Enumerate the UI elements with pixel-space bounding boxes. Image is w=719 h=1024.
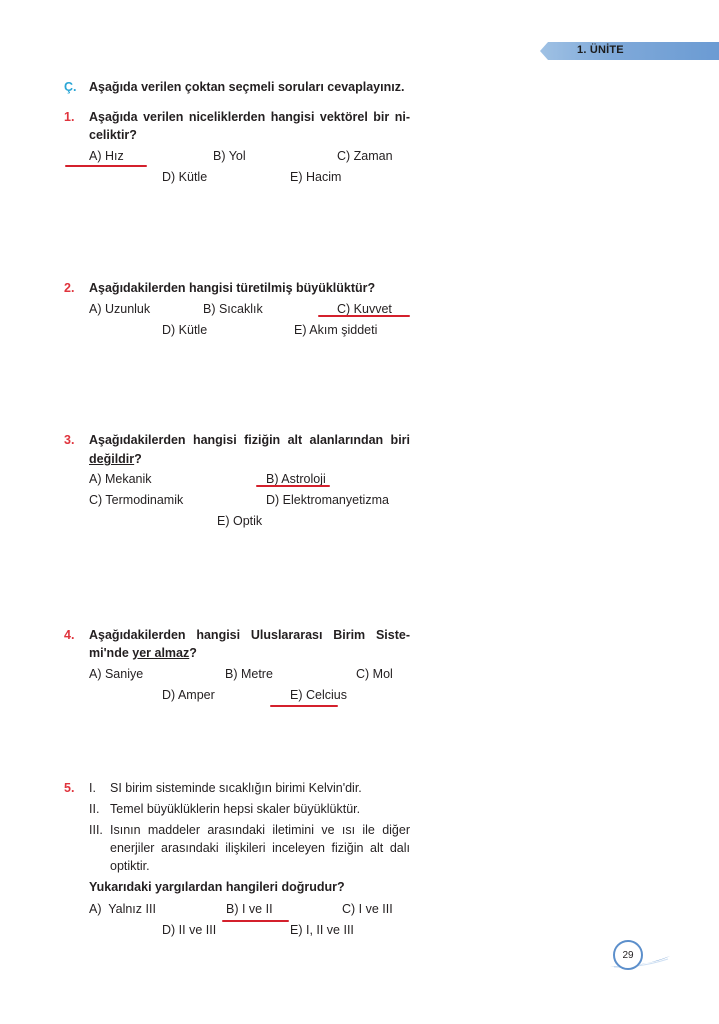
text-prefix: mi'nde (89, 646, 132, 660)
question-number: 3. (64, 433, 74, 447)
statement-roman: III. (89, 823, 103, 837)
option-d[interactable]: D) Amper (162, 688, 215, 702)
option-b[interactable]: B) Sıcaklık (203, 302, 263, 316)
option-e[interactable]: E) Akım şiddeti (294, 323, 377, 337)
option-b[interactable]: B) I ve II (226, 902, 273, 916)
emphasis-underlined: yer almaz (132, 646, 189, 660)
option-c[interactable]: C) Mol (356, 667, 393, 681)
option-a[interactable]: A) Uzunluk (89, 302, 150, 316)
question-text: Aşağıda verilen niceliklerden hangisi ve… (89, 110, 410, 124)
answer-mark (318, 315, 410, 317)
statement-roman: II. (89, 802, 99, 816)
option-d[interactable]: D) Kütle (162, 323, 207, 337)
unit-tab (540, 42, 719, 60)
question-text-cont: mi'nde yer almaz? (89, 646, 197, 660)
statement-text: Isının maddeler arasındaki iletimini ve … (110, 823, 410, 837)
option-e[interactable]: E) I, II ve III (290, 923, 354, 937)
emphasis-underlined: değildir (89, 452, 134, 466)
question-number: 5. (64, 781, 74, 795)
answer-mark (256, 485, 330, 487)
statement-text: SI birim sisteminde sıcaklığın birimi Ke… (110, 781, 362, 795)
question-text: Aşağıdakilerden hangisi fiziğin alt alan… (89, 433, 410, 447)
question-text: Yukarıdaki yargılardan hangileri doğrudu… (89, 880, 345, 894)
section-instruction: Aşağıda verilen çoktan seçmeli soruları … (89, 80, 404, 94)
question-number: 1. (64, 110, 74, 124)
page-number: 29 (613, 940, 643, 970)
question-mark: ? (134, 452, 142, 466)
answer-mark (65, 165, 147, 167)
statement-text: Temel büyüklüklerin hepsi skaler büyüklü… (110, 802, 360, 816)
unit-label: 1. ÜNİTE (577, 44, 624, 56)
question-number: 4. (64, 628, 74, 642)
page-number-badge: 29 (610, 940, 680, 970)
question-text-cont: celiktir? (89, 128, 137, 142)
option-c[interactable]: C) Kuvvet (337, 302, 392, 316)
answer-mark (270, 705, 338, 707)
option-c[interactable]: C) Zaman (337, 149, 393, 163)
option-b[interactable]: B) Yol (213, 149, 246, 163)
question-text: Aşağıdakilerden hangisi Uluslararası Bir… (89, 628, 410, 642)
option-c[interactable]: C) I ve III (342, 902, 393, 916)
option-e[interactable]: E) Hacim (290, 170, 341, 184)
statement-text-cont: enerjiler arasındaki ilişkileri inceleye… (110, 841, 410, 855)
option-e[interactable]: E) Optik (217, 514, 262, 528)
option-a[interactable]: A) Yalnız III (89, 902, 156, 916)
option-a[interactable]: A) Hız (89, 149, 124, 163)
statement-roman: I. (89, 781, 96, 795)
question-text-cont: değildir? (89, 452, 142, 466)
question-text: Aşağıdakilerden hangisi türetilmiş büyük… (89, 281, 375, 295)
option-d[interactable]: D) Kütle (162, 170, 207, 184)
option-b[interactable]: B) Astroloji (266, 472, 326, 486)
option-e[interactable]: E) Celcius (290, 688, 347, 702)
statement-text-cont: optiktir. (110, 859, 150, 873)
option-d[interactable]: D) II ve III (162, 923, 216, 937)
question-number: 2. (64, 281, 74, 295)
option-a[interactable]: A) Saniye (89, 667, 143, 681)
section-letter: Ç. (64, 80, 77, 94)
answer-mark (222, 920, 289, 922)
option-d[interactable]: D) Elektromanyetizma (266, 493, 389, 507)
question-mark: ? (189, 646, 197, 660)
option-c[interactable]: C) Termodinamik (89, 493, 183, 507)
option-a[interactable]: A) Mekanik (89, 472, 152, 486)
option-b[interactable]: B) Metre (225, 667, 273, 681)
